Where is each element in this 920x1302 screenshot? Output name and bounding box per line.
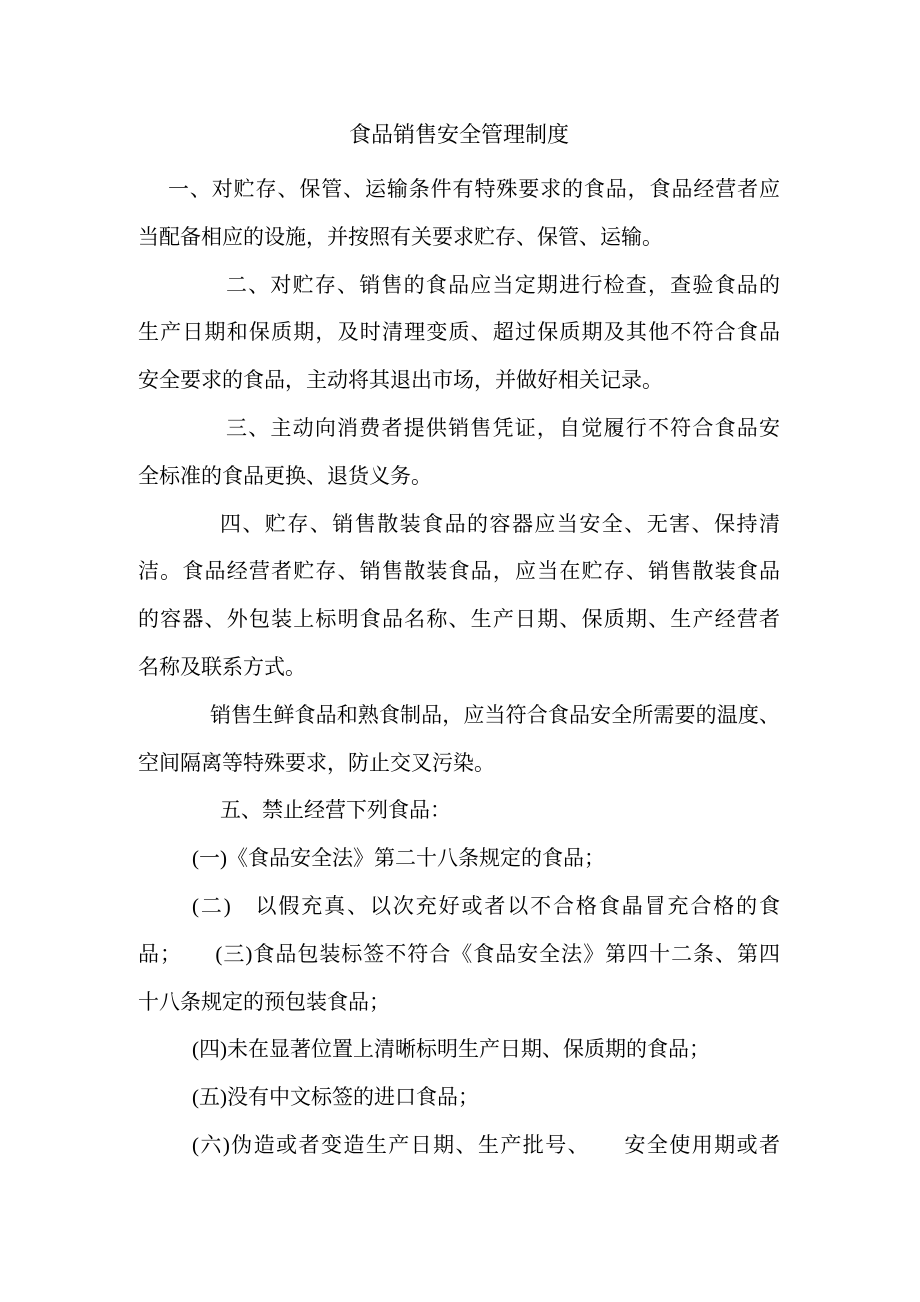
doc-line: 当配备相应的设施，并按照有关要求贮存、保管、运输。 xyxy=(138,214,780,262)
doc-line: 五、禁止经营下列食品： xyxy=(138,787,780,835)
doc-line: 十八条规定的预包装食品； xyxy=(138,979,780,1027)
list-item-2-3: (二) 以假充真、以次充好或者以不合格食晶冒充合格的食 品； (三)食品包装标签… xyxy=(138,883,780,1026)
doc-line: (六)伪造或者变造生产日期、生产批号、 安全使用期或者 xyxy=(138,1122,780,1170)
paragraph-5: 销售生鲜食品和熟食制品，应当符合食品安全所需要的温度、 空间隔离等特殊要求，防止… xyxy=(138,692,780,788)
list-item-1: (一)《食品安全法》第二十八条规定的食品； xyxy=(138,835,780,883)
doc-line: 空间隔离等特殊要求，防止交叉污染。 xyxy=(138,740,780,788)
doc-line: 洁。食品经营者贮存、销售散装食品，应当在贮存、销售散装食品 xyxy=(138,548,780,596)
doc-line: (四)未在显著位置上清晰标明生产日期、保质期的食品； xyxy=(138,1026,780,1074)
list-item-4: (四)未在显著位置上清晰标明生产日期、保质期的食品； xyxy=(138,1026,780,1074)
document-title: 食品销售安全管理制度 xyxy=(138,111,780,159)
doc-line: 全标准的食品更换、退货义务。 xyxy=(138,453,780,501)
paragraph-6: 五、禁止经营下列食品： xyxy=(138,787,780,835)
doc-line: 名称及联系方式。 xyxy=(138,644,780,692)
doc-line: (二) 以假充真、以次充好或者以不合格食晶冒充合格的食 xyxy=(138,883,780,931)
doc-line: 一、对贮存、保管、运输条件有特殊要求的食品，食品经营者应 xyxy=(138,166,780,214)
paragraph-4: 四、贮存、销售散装食品的容器应当安全、无害、保持清 洁。食品经营者贮存、销售散装… xyxy=(138,501,780,692)
doc-line: (一)《食品安全法》第二十八条规定的食品； xyxy=(138,835,780,883)
doc-line: (五)没有中文标签的进口食品； xyxy=(138,1074,780,1122)
paragraph-1: 一、对贮存、保管、运输条件有特殊要求的食品，食品经营者应 当配备相应的设施，并按… xyxy=(138,166,780,262)
doc-line: 销售生鲜食品和熟食制品，应当符合食品安全所需要的温度、 xyxy=(138,692,780,740)
document-page: 食品销售安全管理制度 一、对贮存、保管、运输条件有特殊要求的食品，食品经营者应 … xyxy=(0,0,920,1302)
list-item-6: (六)伪造或者变造生产日期、生产批号、 安全使用期或者 xyxy=(138,1122,780,1170)
doc-line: 安全要求的食品，主动将其退出市场，并做好相关记录。 xyxy=(138,357,780,405)
doc-line: 的容器、外包装上标明食品名称、生产日期、保质期、生产经营者 xyxy=(138,596,780,644)
doc-line: 二、对贮存、销售的食品应当定期进行检查，查验食品的 xyxy=(138,262,780,310)
doc-line: 四、贮存、销售散装食品的容器应当安全、无害、保持清 xyxy=(138,501,780,549)
list-item-5: (五)没有中文标签的进口食品； xyxy=(138,1074,780,1122)
document-body: 食品销售安全管理制度 一、对贮存、保管、运输条件有特殊要求的食品，食品经营者应 … xyxy=(138,111,780,1170)
paragraph-3: 三、主动向消费者提供销售凭证，自觉履行不符合食品安 全标准的食品更换、退货义务。 xyxy=(138,405,780,501)
doc-line: 三、主动向消费者提供销售凭证，自觉履行不符合食品安 xyxy=(138,405,780,453)
doc-line: 生产日期和保质期，及时清理变质、超过保质期及其他不符合食品 xyxy=(138,309,780,357)
doc-line: 品； (三)食品包装标签不符合《食品安全法》第四十二条、第四 xyxy=(138,931,780,979)
paragraph-2: 二、对贮存、销售的食品应当定期进行检查，查验食品的 生产日期和保质期，及时清理变… xyxy=(138,262,780,405)
